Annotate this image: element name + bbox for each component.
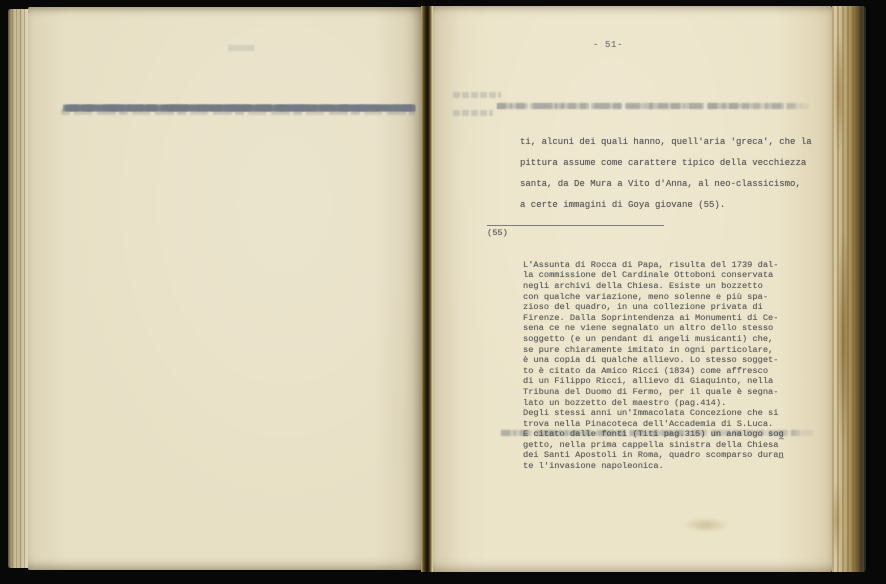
body-line: ti, alcuni dei quali hanno, quell'aria '…	[520, 132, 812, 153]
page-number: - 51-	[593, 40, 623, 50]
body-paragraph: ti, alcuni dei quali hanno, quell'aria '…	[520, 90, 552, 216]
footnote-label: (55)	[487, 228, 508, 239]
left-page-stack-edge	[8, 9, 30, 568]
footnote-line: Degli stessi anni un'Immacolata Concezio…	[523, 408, 778, 419]
footnote-line: dei Santi Apostoli in Roma, quadro scomp…	[523, 450, 784, 461]
footnote-line: E citato dalle fonti (Titi pag.315) un a…	[523, 429, 784, 440]
body-line: a certe immagini di Goya giovane (55).	[520, 195, 725, 216]
edge-stain	[832, 484, 841, 554]
edge-stain	[834, 34, 844, 154]
footnote-line: to è citato da Amico Ricci (1834) come a…	[523, 366, 768, 377]
edge-stain	[837, 231, 850, 446]
footnote-line: negli archivi della Chiesa. Esiste un bo…	[523, 281, 763, 292]
left-page-number-showthrough	[228, 45, 254, 51]
margin-note-showthrough	[453, 92, 501, 98]
footnote-line: zioso del quadro, in una collezione priv…	[523, 302, 763, 313]
footnote-line: la commissione del Cardinale Ottoboni co…	[523, 270, 773, 281]
footnote-line: te l'invasione napoleonica.	[523, 461, 664, 472]
margin-note-showthrough	[453, 110, 493, 116]
paper-stain	[683, 518, 729, 532]
right-page-fore-edge	[832, 6, 866, 572]
scanned-book-spread: - 51- ti, alcuni dei quali hanno, quell'…	[0, 0, 886, 584]
footnote-line: lato un bozzetto del maestro (pag.414).	[523, 398, 726, 409]
footnote-line: soggetto (e un pendant di angeli musican…	[523, 334, 773, 345]
footnote-line: se pure chiaramente imitato in ogni part…	[523, 345, 773, 356]
book-gutter	[421, 6, 433, 572]
footnote-line: di un Filippo Ricci, allievo di Giaquint…	[523, 376, 773, 387]
footnote-line: getto, nella prima cappella sinistra del…	[523, 440, 778, 451]
footnote-line: Firenze. Dalla Soprintendenza ai Monumen…	[523, 313, 778, 324]
footnote-line: con qualche variazione, meno solenne e p…	[523, 292, 768, 303]
left-page	[28, 7, 422, 570]
footnote-line: trova nella Pinacoteca dell'Accademia di…	[523, 419, 773, 430]
showthrough-line	[63, 105, 415, 111]
right-page: - 51- ti, alcuni dei quali hanno, quell'…	[433, 6, 832, 572]
body-line: pittura assume come carattere tipico del…	[520, 153, 806, 174]
footnote-55: (55) L'Assunta di Rocca di Papa, risulta…	[523, 228, 554, 472]
footnote-line: è una copia di qualche allievo. Lo stess…	[523, 355, 778, 366]
footnote-line: Tribuna del Duomo di Fermo, per il quale…	[523, 387, 778, 398]
body-line: santa, da De Mura a Vito d'Anna, al neo-…	[520, 174, 801, 195]
footnote-line: sena ce ne viene segnalato un altro dell…	[523, 323, 773, 334]
footnote-separator-rule	[487, 225, 664, 226]
footnote-line: L'Assunta di Rocca di Papa, risulta del …	[523, 260, 778, 271]
